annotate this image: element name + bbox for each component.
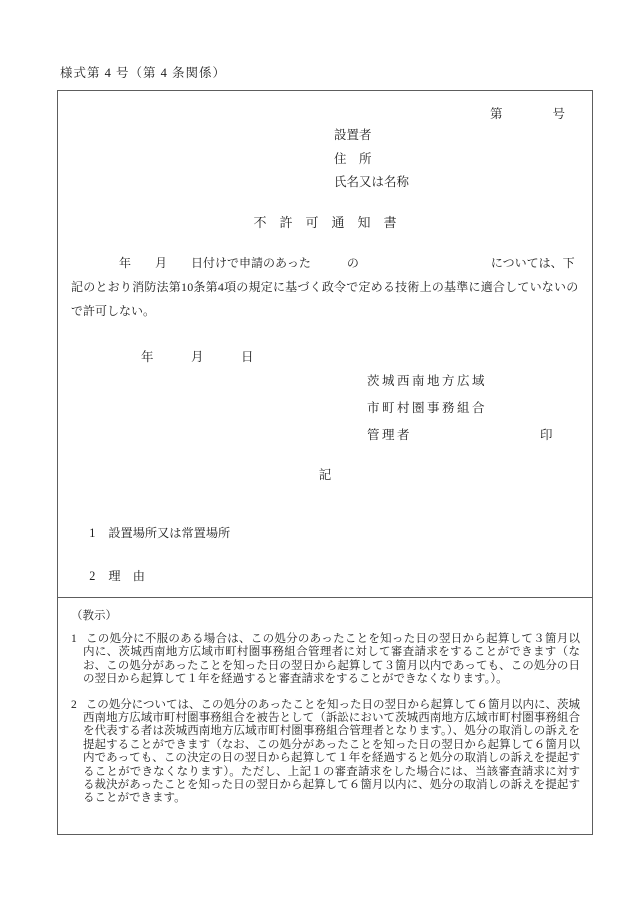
appeal-paragraph-1-text: この処分に不服のある場合は、この処分のあったことを知った日の翌日から起算して３箇… [83,633,580,685]
record-item-1: 1設置場所又は常置場所 [71,509,230,556]
name-or-title-label: 氏名又は名称 [334,171,409,195]
seal-mark: 印 [540,428,555,442]
form-style-label: 様式第 4 号（第 4 条関係） [60,63,226,81]
issuer-org-line-1: 茨城西南地方広域 [367,368,555,395]
appeal-paragraph-1-number: 1 [71,633,77,645]
address-label: 住 所 [334,148,409,172]
issuer-block: 茨城西南地方広域 市町村圏事務組合 管理者印 [367,368,555,449]
record-item-1-number: 1 [89,526,95,540]
appeal-paragraph-2-number: 2 [71,699,77,711]
installer-label: 設置者 [334,124,409,148]
body-line-2: 記のとおり消防法第10条第4項の規定に基づく政令で定める技術上の基準に適合してい… [71,275,579,299]
record-item-2-number: 2 [89,569,95,583]
record-item-2-label: 理 由 [108,569,145,583]
appeal-instructions-section: （教示） 1この処分に不服のある場合は、この処分のあったことを知った日の翌日から… [71,607,580,818]
appeal-instructions-heading: （教示） [71,607,580,623]
appeal-paragraph-1: 1この処分に不服のある場合は、この処分のあったことを知った日の翌日から起算して３… [71,633,580,687]
issuer-org-line-2: 市町村圏事務組合 [367,395,555,422]
document-number-line: 第 号 [490,104,565,122]
body-paragraph: 年 月 日付けで申請のあった の については、下 記のとおり消防法第10条第4項… [71,251,579,323]
document-frame: 第 号 設置者 住 所 氏名又は名称 不 許 可 通 知 書 年 月 日付けで申… [57,90,593,835]
issuer-role-line: 管理者印 [367,422,555,449]
document-title: 不 許 可 通 知 書 [58,212,592,231]
record-item-1-label: 設置場所又は常置場所 [108,526,230,540]
section-divider [58,597,592,598]
recipient-block: 設置者 住 所 氏名又は名称 [334,124,409,195]
record-heading: 記 [58,465,592,483]
issuer-role-label: 管理者 [367,428,412,442]
appeal-paragraph-2-text: この処分については、この処分のあったことを知った日の翌日から起算して６箇月以内に… [83,699,580,805]
appeal-paragraph-2: 2この処分については、この処分のあったことを知った日の翌日から起算して６箇月以内… [71,699,580,806]
body-line-1: 年 月 日付けで申請のあった の については、下 [71,251,579,275]
document-page: 様式第 4 号（第 4 条関係） 第 号 設置者 住 所 氏名又は名称 不 許 … [0,0,630,903]
body-line-3: で許可しない。 [71,299,579,323]
record-item-2: 2理 由 [71,552,145,599]
issue-date-line: 年 月 日 [141,347,254,365]
